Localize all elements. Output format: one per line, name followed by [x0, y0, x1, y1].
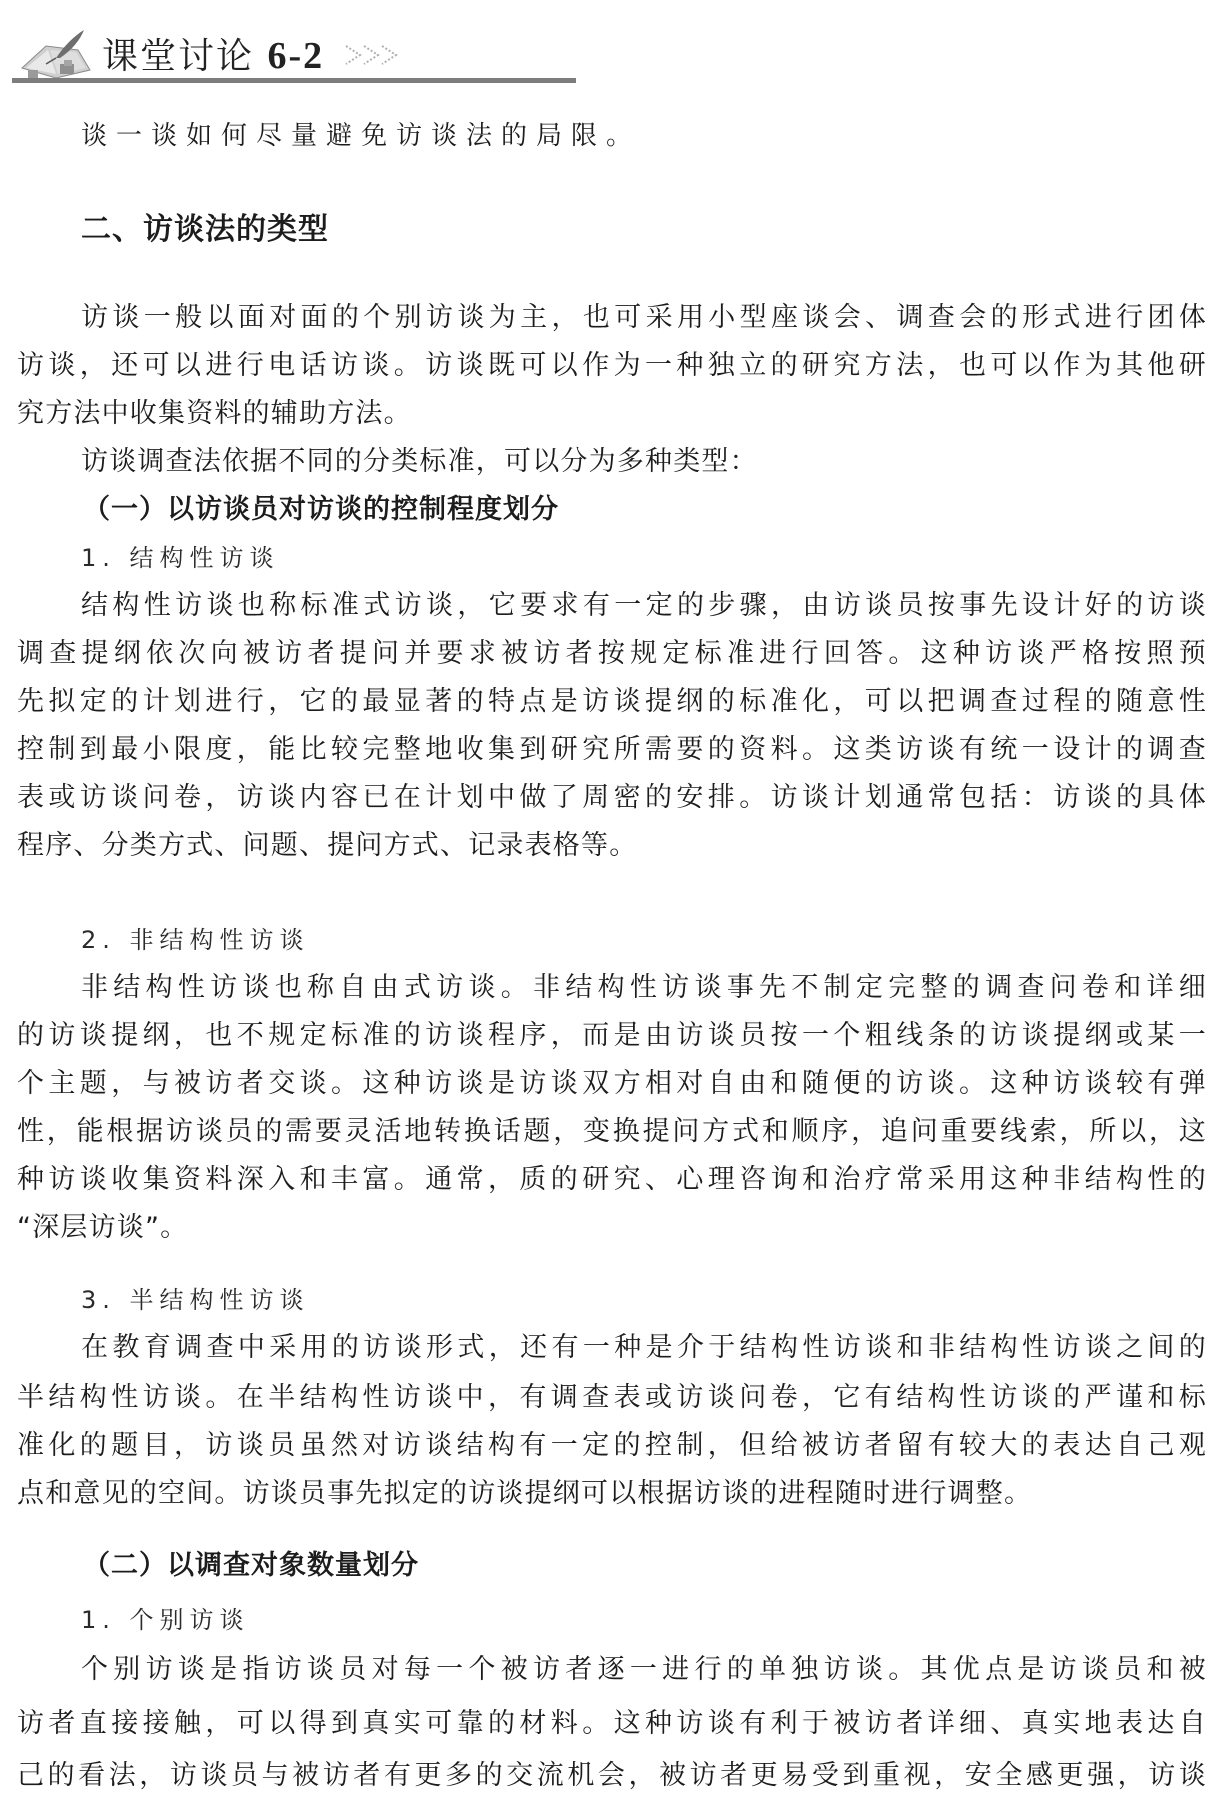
paragraph-line: 程序、分类方式、问题、提问方式、记录表格等。: [17, 828, 1207, 864]
triple-chevron-right-icon: [344, 40, 404, 70]
item-heading: 1. 结构性访谈: [17, 540, 1217, 576]
paragraph-line: 点和意见的空间。访谈员事先拟定的访谈提纲可以根据访谈的进程随时进行调整。: [17, 1476, 1207, 1512]
subsection-heading: （一）以访谈员对访谈的控制程度划分: [17, 492, 1217, 528]
paragraph-line: 己的看法，访谈员与被访者有更多的交流机会，被访者更易受到重视，安全感更强，访谈: [17, 1758, 1207, 1794]
paragraph-line: 准化的题目，访谈员虽然对访谈结构有一定的控制，但给被访者留有较大的表达自己观: [17, 1428, 1207, 1464]
paragraph-line: 访者直接接触，可以得到真实可靠的材料。这种访谈有利于被访者详细、真实地表达自: [17, 1706, 1207, 1742]
paragraph-line: 访谈调查法依据不同的分类标准，可以分为多种类型：: [17, 444, 1217, 480]
book-quill-icon: [16, 28, 96, 82]
paragraph-line: 访谈，还可以进行电话访谈。访谈既可以作为一种独立的研究方法，也可以作为其他研: [17, 348, 1207, 384]
paragraph-line: 种访谈收集资料深入和丰富。通常，质的研究、心理咨询和治疗常采用这种非结构性的: [17, 1162, 1207, 1198]
paragraph-line: 调查提纲依次向被访者提问并要求被访者按规定标准进行回答。这种访谈严格按照预: [17, 636, 1207, 672]
section-heading: 二、访谈法的类型: [17, 212, 1217, 248]
paragraph-line: 结构性访谈也称标准式访谈，它要求有一定的步骤，由访谈员按事先设计好的访谈: [17, 588, 1207, 624]
paragraph-line: 控制到最小限度，能比较完整地收集到研究所需要的资料。这类访谈有统一设计的调查: [17, 732, 1207, 768]
paragraph-line: 半结构性访谈。在半结构性访谈中，有调查表或访谈问卷，它有结构性访谈的严谨和标: [17, 1380, 1207, 1416]
paragraph-line: 个主题，与被访者交谈。这种访谈是访谈双方相对自由和随便的访谈。这种访谈较有弹: [17, 1066, 1207, 1102]
discussion-header: 课堂讨论 6-2: [12, 18, 576, 84]
discussion-title-text: 课堂讨论: [102, 36, 254, 77]
paragraph-line: 先拟定的计划进行，它的最显著的特点是访谈提纲的标准化，可以把调查过程的随意性: [17, 684, 1207, 720]
paragraph-line: 非结构性访谈也称自由式访谈。非结构性访谈事先不制定完整的调查问卷和详细: [17, 970, 1207, 1006]
item-heading: 3. 半结构性访谈: [17, 1282, 1217, 1318]
discussion-title: 课堂讨论 6-2: [102, 32, 324, 81]
paragraph-line: 表或访谈问卷，访谈内容已在计划中做了周密的安排。访谈计划通常包括：访谈的具体: [17, 780, 1207, 816]
discussion-prompt: 谈一谈如何尽量避免访谈法的局限。: [17, 118, 1217, 154]
paragraph-line: 个别访谈是指访谈员对每一个被访者逐一进行的单独访谈。其优点是访谈员和被: [17, 1652, 1207, 1688]
item-heading: 1. 个别访谈: [17, 1602, 1217, 1638]
paragraph-line: “深层访谈”。: [17, 1210, 1207, 1246]
item-heading: 2. 非结构性访谈: [17, 922, 1217, 958]
paragraph-line: 访谈一般以面对面的个别访谈为主，也可采用小型座谈会、调查会的形式进行团体: [17, 300, 1207, 336]
subsection-heading: （二）以调查对象数量划分: [17, 1548, 1217, 1584]
header-divider: [12, 78, 576, 83]
discussion-number: 6-2: [267, 35, 324, 77]
paragraph-line: 究方法中收集资料的辅助方法。: [17, 396, 1207, 432]
paragraph-line: 性，能根据访谈员的需要灵活地转换话题，变换提问方式和顺序，追问重要线索，所以，这: [17, 1114, 1207, 1150]
paragraph-line: 在教育调查中采用的访谈形式，还有一种是介于结构性访谈和非结构性访谈之间的: [17, 1330, 1207, 1366]
paragraph-line: 的访谈提纲，也不规定标准的访谈程序，而是由访谈员按一个粗线条的访谈提纲或某一: [17, 1018, 1207, 1054]
